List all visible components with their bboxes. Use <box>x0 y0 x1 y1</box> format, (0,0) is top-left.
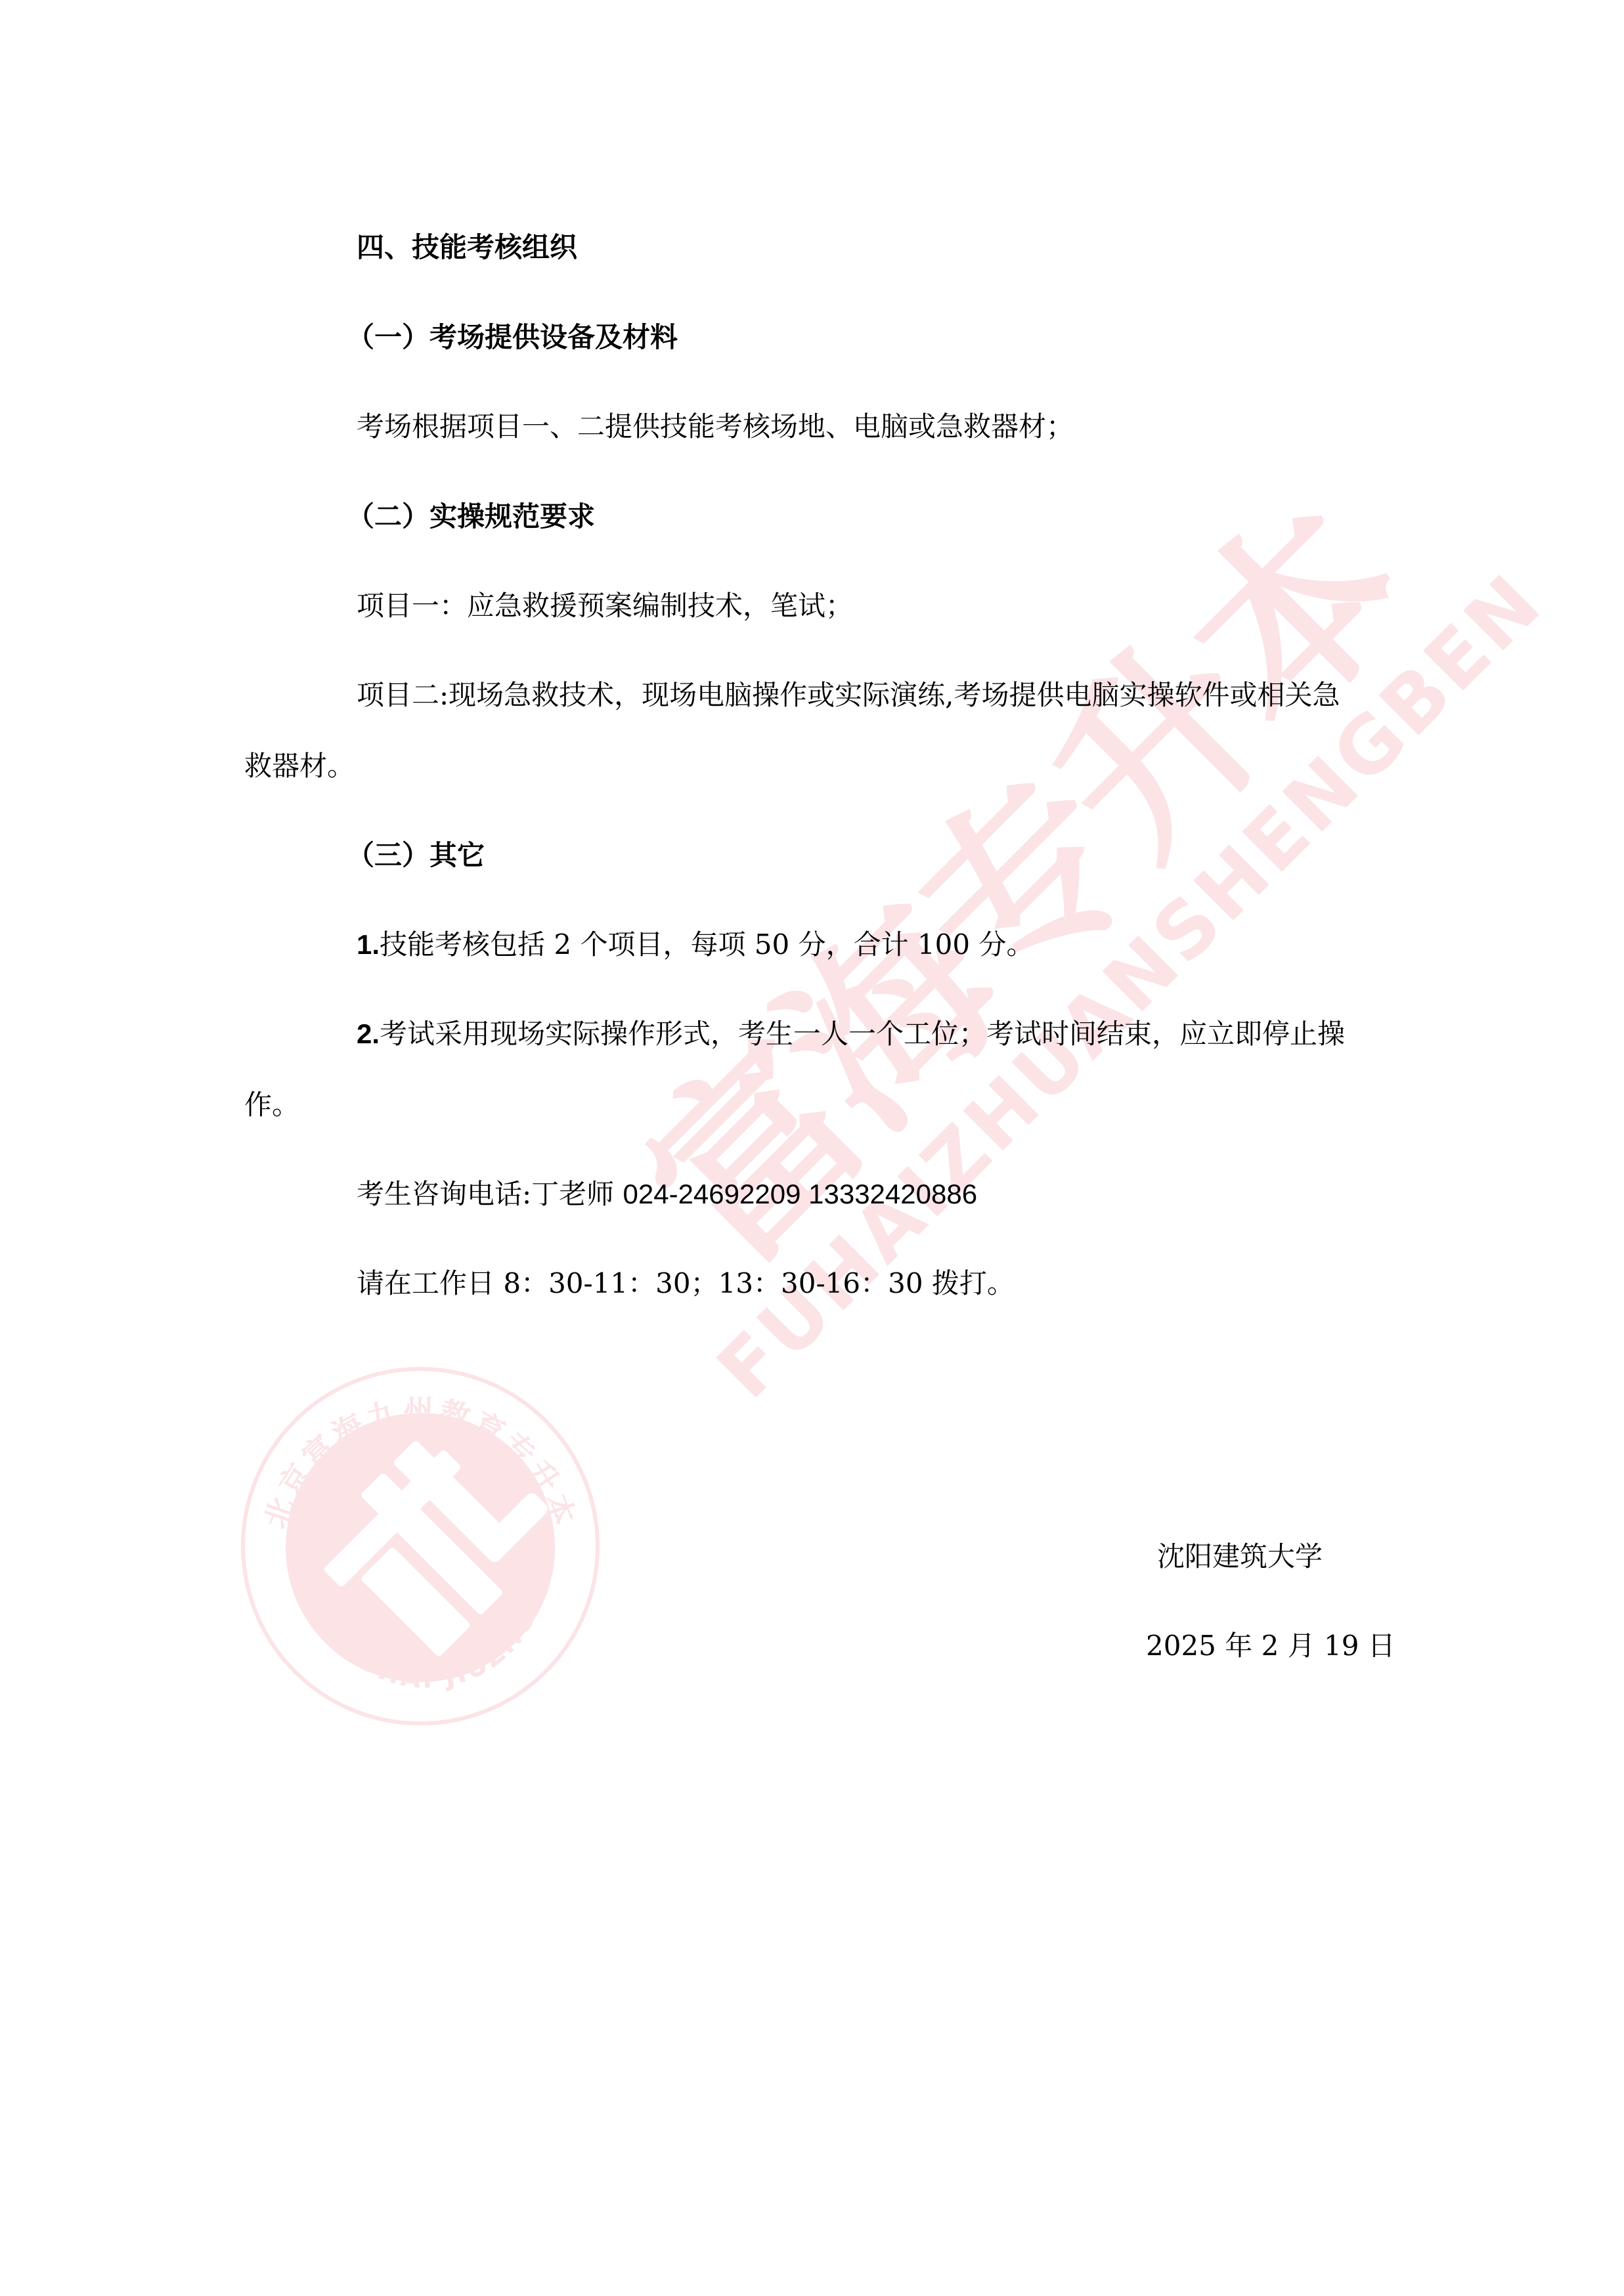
contact-label: 考生咨询电话:丁老师 <box>357 1178 614 1210</box>
rule-2-number: 2. <box>357 1018 380 1049</box>
rule-2: 2.考试采用现场实际操作形式，考生一人一个工位；考试时间结束，应立即停止操 <box>357 1018 1345 1051</box>
contact-hours: 请在工作日 8：30-11：30；13：30-16：30 拨打。 <box>357 1267 1015 1300</box>
contact-line: 考生咨询电话:丁老师 024-24692209 13332420886 <box>357 1178 977 1211</box>
item-2-text-line1: 项目二:现场急救技术，现场电脑操作或实际演练,考场提供电脑实操软件或相关急 <box>357 679 1340 712</box>
contact-phones: 024-24692209 13332420886 <box>623 1179 978 1209</box>
svg-text:北京富海九州教育专升本: 北京富海九州教育专升本 <box>257 1393 582 1533</box>
subsection-2-title: （二）实操规范要求 <box>347 500 595 533</box>
subsection-1-text: 考场根据项目一、二提供技能考核场地、电脑或急救器材； <box>357 410 1074 443</box>
item-2-text-line2: 救器材。 <box>244 750 355 783</box>
subsection-1-title: （一）考场提供设备及材料 <box>347 321 678 354</box>
rule-1-text: 技能考核包括 2 个项目，每项 50 分，合计 100 分。 <box>380 928 1034 961</box>
svg-text:BEIJING FUHAI JIUZHOU EDU.: BEIJING FUHAI JIUZHOU EDU. <box>236 1362 552 1695</box>
stamp-logo-icon: 北京富海九州教育专升本 BEIJING FUHAI JIUZHOU EDU. <box>236 1362 604 1730</box>
signature-date: 2025 年 2 月 19 日 <box>1146 1630 1395 1662</box>
stamp-bottom-text: BEIJING FUHAI JIUZHOU EDU. <box>236 1362 552 1695</box>
stamp-watermark: 北京富海九州教育专升本 BEIJING FUHAI JIUZHOU EDU. <box>236 1362 604 1730</box>
rule-1-number: 1. <box>357 929 380 960</box>
rule-2-text-line1: 考试采用现场实际操作形式，考生一人一个工位；考试时间结束，应立即停止操 <box>380 1018 1345 1050</box>
document-page: 富海专升本 FUHAIZHUANSHENGBEN 北京富海九州教育专升本 BEI… <box>0 0 1624 2296</box>
item-1-text: 项目一：应急救援预案编制技术，笔试； <box>357 590 853 622</box>
rule-2-text-line2: 作。 <box>244 1089 299 1121</box>
signature-org: 沈阳建筑大学 <box>1157 1540 1323 1573</box>
stamp-top-text: 北京富海九州教育专升本 <box>257 1393 582 1533</box>
rule-1: 1.技能考核包括 2 个项目，每项 50 分，合计 100 分。 <box>357 928 1034 961</box>
section-title: 四、技能考核组织 <box>357 231 577 264</box>
subsection-3-title: （三）其它 <box>347 839 485 872</box>
watermark-chinese: 富海专升本 <box>560 423 1489 1351</box>
